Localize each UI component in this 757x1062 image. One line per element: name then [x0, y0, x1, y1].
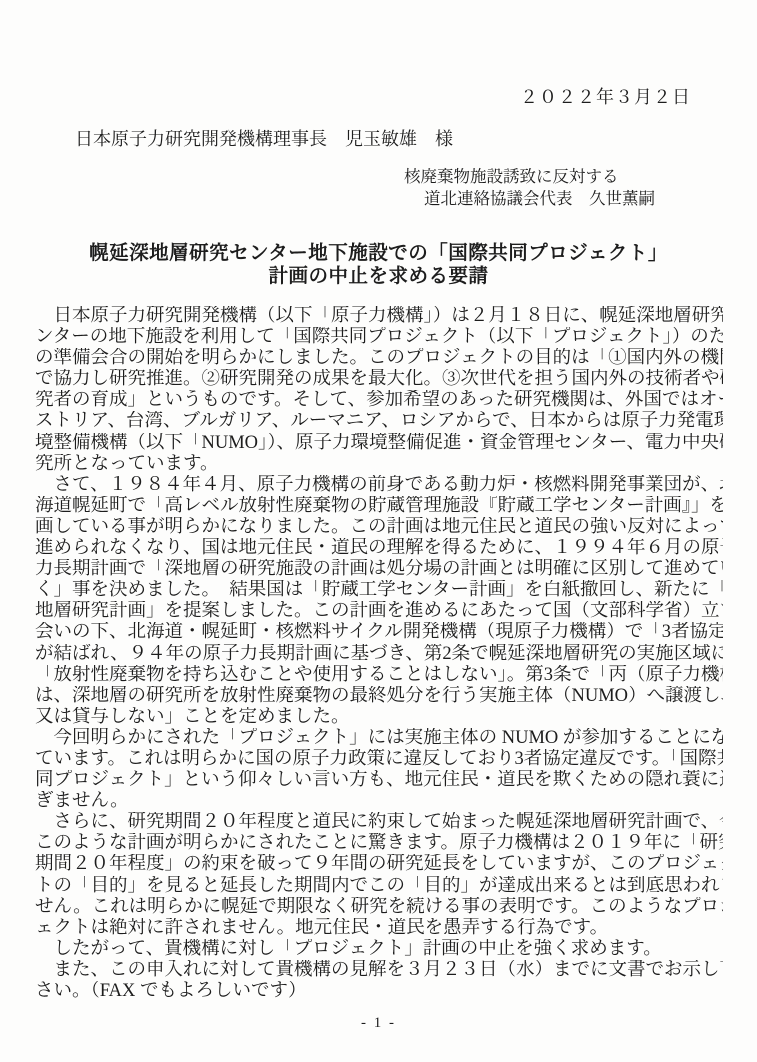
body-line: 日本原子力研究開発機構（以下「原子力機構」）は２月１８日に、幌延深地層研究セ	[35, 306, 723, 327]
body-line: 海道幌延町で「高レベル放射性廃棄物の貯蔵管理施設『貯蔵工学センター計画』」を計	[35, 496, 723, 517]
body-line: 究所となっています。	[35, 454, 723, 475]
body-line: 又は貸与しない」ことを定めました。	[35, 707, 723, 728]
body-line: 進められなくなり、国は地元住民・道民の理解を得るために、１９９４年６月の原子	[35, 538, 723, 559]
body-paragraph: さらに、研究期間２０年程度と道民に約束して始まった幌延深地層研究計画で、今このよ…	[35, 812, 723, 939]
body-line: 会いの下、北海道・幌延町・核燃料サイクル開発機構（現原子力機構）で「3者協定」	[35, 622, 723, 643]
sender-block: 核廃棄物施設誘致に反対する 道北連絡協議会代表 久世薫嗣	[404, 166, 655, 209]
body-line: は、深地層の研究所を放射性廃棄物の最終処分を行う実施主体（NUMO）へ譲渡し、	[35, 686, 723, 707]
body-line: の準備会合の開始を明らかにしました。このプロジェクトの目的は「①国内外の機関	[35, 348, 723, 369]
body-paragraph: したがって、貴機構に対し「プロジェクト」計画の中止を強く求めます。	[35, 939, 723, 960]
body-line: ています。これは明らかに国の原子力政策に違反しており3者協定違反です。「国際共	[35, 749, 723, 770]
document-date: ２０２２年３月２日	[520, 83, 691, 109]
body-line: トの「目的」を見ると延長した期間内でこの「目的」が達成出来るとは到底思われま	[35, 876, 723, 897]
body-line: で協力し研究推進。②研究開発の成果を最大化。③次世代を担う国内外の技術者や研	[35, 369, 723, 390]
document-page: ２０２２年３月２日 日本原子力研究開発機構理事長 児玉敏雄 様 核廃棄物施設誘致…	[0, 0, 757, 1062]
body-line: さて、１９８４年４月、原子力機構の前身である動力炉・核燃料開発事業団が、北	[35, 475, 723, 496]
body-line: このような計画が明らかにされたことに驚きます。原子力機構は２０１９年に「研究	[35, 833, 723, 854]
body-paragraph: 今回明らかにされた「プロジェクト」には実施主体の NUMO が参加することになっ…	[35, 728, 723, 812]
body-line: せん。これは明らかに幌延で期限なく研究を続ける事の表明です。このようなプロジ	[35, 897, 723, 918]
body-paragraph: 日本原子力研究開発機構（以下「原子力機構」）は２月１８日に、幌延深地層研究センタ…	[35, 306, 723, 475]
body-line: ストリア、台湾、ブルガリア、ルーマニア、ロシアからで、日本からは原子力発電環	[35, 411, 723, 432]
addressee-line: 日本原子力研究開発機構理事長 児玉敏雄 様	[75, 125, 453, 151]
document-body: 日本原子力研究開発機構（以下「原子力機構」）は２月１８日に、幌延深地層研究センタ…	[35, 306, 723, 1002]
body-line: 力長期計画で「深地層の研究施設の計画は処分場の計画とは明確に区別して進めてい	[35, 559, 723, 580]
document-title-line2: 計画の中止を求める要請	[0, 265, 757, 288]
sender-representative: 道北連絡協議会代表 久世薫嗣	[404, 188, 655, 210]
body-line: 地層研究計画」を提案しました。この計画を進めるにあたって国（文部科学省）立ち	[35, 601, 723, 622]
body-line: 同プロジェクト」という仰々しい言い方も、地元住民・道民を欺くための隠れ蓑に過	[35, 770, 723, 791]
body-line: さい。（FAX でもよろしいです）	[35, 981, 723, 1002]
body-line: ぎません。	[35, 791, 723, 812]
body-line: ェクトは絶対に許されません。地元住民・道民を愚弄する行為です。	[35, 918, 723, 939]
page-number: - 1 -	[0, 1015, 757, 1032]
body-line: 期間２０年程度」の約束を破って９年間の研究延長をしていますが、このプロジェク	[35, 854, 723, 875]
document-title-line1: 幌延深地層研究センター地下施設での「国際共同プロジェクト」	[0, 242, 757, 265]
body-line: 今回明らかにされた「プロジェクト」には実施主体の NUMO が参加することになっ	[35, 728, 723, 749]
body-line: ンターの地下施設を利用して「国際共同プロジェクト（以下「プロジェクト」）のため	[35, 327, 723, 348]
body-line: 境整備機構（以下「NUMO」）、原子力環境整備促進・資金管理センター、電力中央研	[35, 433, 723, 454]
body-line: が結ばれ、９４年の原子力長期計画に基づき、第2条で幌延深地層研究の実施区域に	[35, 644, 723, 665]
body-line: く」事を決めました。 結果国は「貯蔵工学センター計画」を白紙撤回し、新たに「深	[35, 580, 723, 601]
body-line: 究者の育成」というものです。そして、参加希望のあった研究機関は、外国ではオー	[35, 390, 723, 411]
body-line: したがって、貴機構に対し「プロジェクト」計画の中止を強く求めます。	[35, 939, 723, 960]
body-paragraph: さて、１９８４年４月、原子力機構の前身である動力炉・核燃料開発事業団が、北海道幌…	[35, 475, 723, 728]
body-line: 「放射性廃棄物を持ち込むことや使用することはしない」。第3条で「丙（原子力機構）	[35, 665, 723, 686]
body-line: 画している事が明らかになりました。この計画は地元住民と道民の強い反対によって	[35, 517, 723, 538]
body-line: さらに、研究期間２０年程度と道民に約束して始まった幌延深地層研究計画で、今	[35, 812, 723, 833]
body-line: また、この申入れに対して貴機構の見解を３月２３日（水）までに文書でお示し下	[35, 960, 723, 981]
body-paragraph: また、この申入れに対して貴機構の見解を３月２３日（水）までに文書でお示し下さい。…	[35, 960, 723, 1002]
document-title: 幌延深地層研究センター地下施設での「国際共同プロジェクト」 計画の中止を求める要…	[0, 242, 757, 288]
sender-organization: 核廃棄物施設誘致に反対する	[404, 166, 655, 188]
